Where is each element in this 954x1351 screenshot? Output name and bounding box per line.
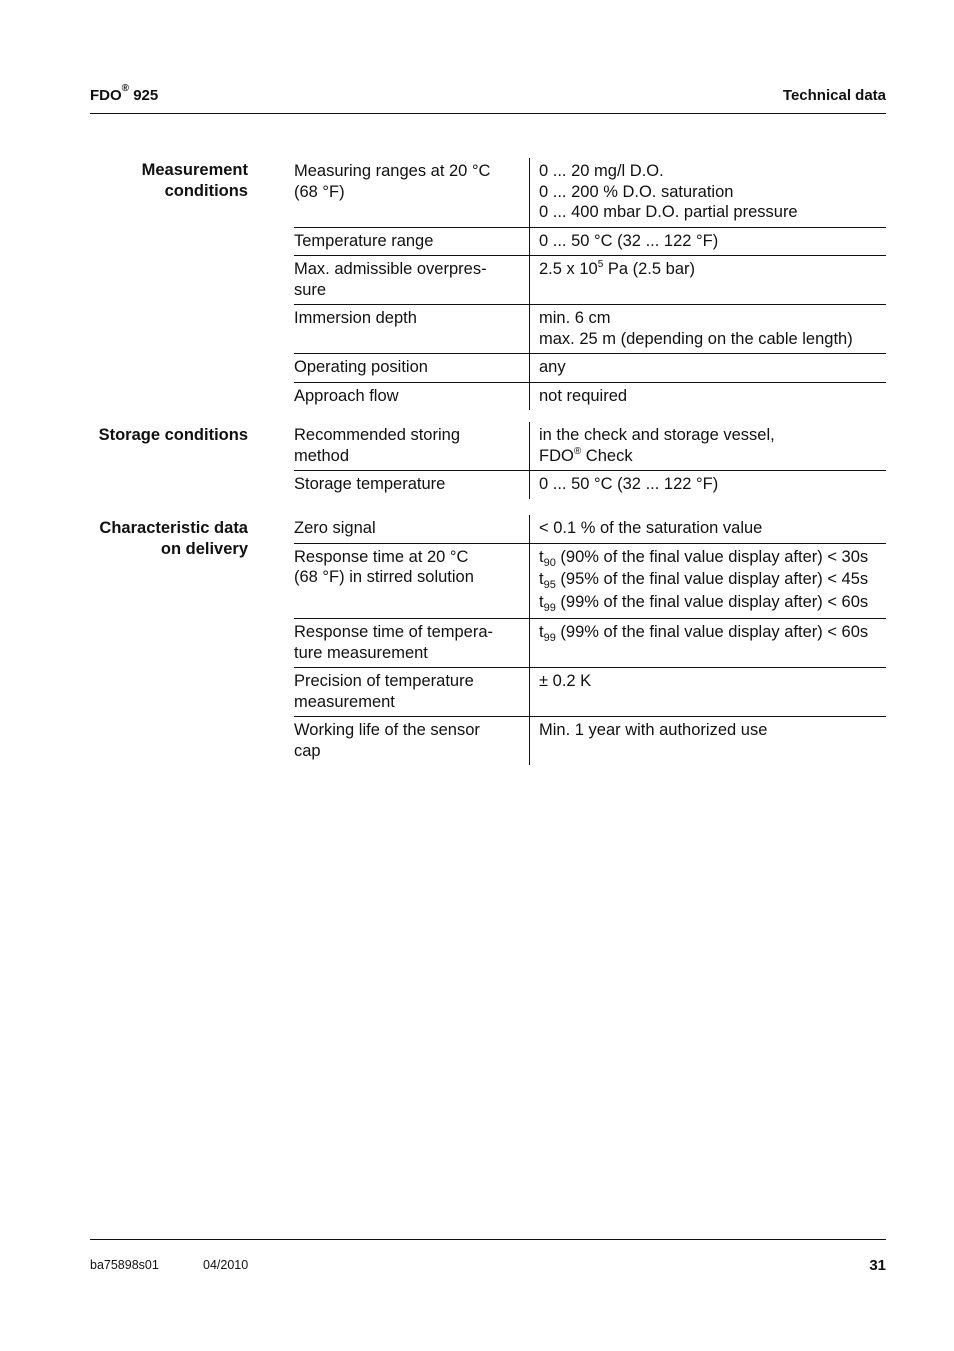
spec-value: 0 ... 50 °C (32 ... 122 °F) [530,227,887,256]
spec-value: min. 6 cm max. 25 m (depending on the ca… [530,305,887,354]
spec-key: Measuring ranges at 20 °C (68 °F) [294,158,530,227]
spec-key: Operating position [294,354,530,383]
table-row: Max. admissible overpres- sure 2.5 x 105… [294,256,886,305]
spec-key: Working life of the sensor cap [294,717,530,766]
product-name: FDO® 925 [90,87,158,104]
key-line: Recommended storing [294,425,521,446]
label-line: Measurement [90,160,248,181]
value-line: max. 25 m (depending on the cable length… [539,329,886,350]
spec-value: Min. 1 year with authorized use [530,717,887,766]
value-line: t99 (99% of the final value display afte… [539,592,886,615]
spec-value: not required [530,382,887,410]
table-row: Measuring ranges at 20 °C (68 °F) 0 ... … [294,158,886,227]
key-line: sure [294,280,521,301]
table-row: Approach flow not required [294,382,886,410]
t-symbol: t [539,593,544,611]
table-row: Response time at 20 °C (68 °F) in stirre… [294,543,886,619]
document-id: ba75898s01 [90,1258,159,1272]
label-line: conditions [90,181,248,202]
value-rest: Pa (2.5 bar) [603,260,695,278]
value-line: t99 (99% of the final value display afte… [539,622,886,645]
key-line: cap [294,741,521,762]
value-text: (90% of the final value display after) <… [556,548,868,566]
table-row: Recommended storing method in the check … [294,422,886,471]
table-row: Precision of temperature measurement ± 0… [294,668,886,717]
value-base: 2.5 x 10 [539,260,598,278]
spec-key: Response time at 20 °C (68 °F) in stirre… [294,543,530,619]
spec-value: ± 0.2 K [530,668,887,717]
table-row: Zero signal < 0.1 % of the saturation va… [294,515,886,543]
spec-table: Zero signal < 0.1 % of the saturation va… [294,515,886,765]
key-line: (68 °F) in stirred solution [294,567,521,588]
spec-value: in the check and storage vessel, FDO® Ch… [530,422,887,471]
value-text: (99% of the final value display after) <… [556,623,868,641]
spec-value: t90 (90% of the final value display afte… [530,543,887,619]
table-row: Temperature range 0 ... 50 °C (32 ... 12… [294,227,886,256]
table-row: Immersion depth min. 6 cm max. 25 m (dep… [294,305,886,354]
value-line: 0 ... 200 % D.O. saturation [539,182,886,203]
label-line: Characteristic data [90,518,248,539]
spec-value: t99 (99% of the final value display afte… [530,619,887,668]
key-line: Precision of temperature [294,671,521,692]
subscript: 90 [544,557,556,569]
key-line: (68 °F) [294,182,521,203]
t-symbol: t [539,623,544,641]
spec-key: Max. admissible overpres- sure [294,256,530,305]
spec-table: Measuring ranges at 20 °C (68 °F) 0 ... … [294,158,886,410]
t-symbol: t [539,548,544,566]
section-label: Storage conditions [90,425,248,446]
spec-value: 0 ... 20 mg/l D.O. 0 ... 200 % D.O. satu… [530,158,887,227]
value-line: min. 6 cm [539,308,886,329]
key-line: ture measurement [294,643,521,664]
table-row: Operating position any [294,354,886,383]
spec-key: Storage temperature [294,471,530,499]
spec-key: Zero signal [294,515,530,543]
page-header: FDO® 925 Technical data [90,85,886,114]
value-text: FDO [539,447,574,465]
key-line: Measuring ranges at 20 °C [294,161,521,182]
value-text: Check [581,447,632,465]
section-label: Measurement conditions [90,160,248,202]
product-text: FDO [90,87,122,104]
spec-key: Approach flow [294,382,530,410]
table-row: Response time of tempera- ture measureme… [294,619,886,668]
subscript: 99 [544,602,556,614]
key-line: method [294,446,521,467]
page-number: 31 [869,1257,886,1274]
value-text: (99% of the final value display after) <… [556,593,868,611]
key-line: Response time of tempera- [294,622,521,643]
subscript: 95 [544,579,556,591]
section-label: Characteristic data on delivery [90,518,248,560]
table-row: Working life of the sensor cap Min. 1 ye… [294,717,886,766]
value-exponent: 5 [598,259,604,270]
spec-value: 2.5 x 105 Pa (2.5 bar) [530,256,887,305]
spec-value: 0 ... 50 °C (32 ... 122 °F) [530,471,887,499]
key-line: Working life of the sensor [294,720,521,741]
value-line: 0 ... 20 mg/l D.O. [539,161,886,182]
t-symbol: t [539,570,544,588]
key-line: measurement [294,692,521,713]
chapter-title: Technical data [783,87,886,104]
value-line: t95 (95% of the final value display afte… [539,569,886,592]
document-date: 04/2010 [203,1258,248,1272]
subscript: 99 [544,632,556,644]
product-model: 925 [129,87,158,104]
spec-value: < 0.1 % of the saturation value [530,515,887,543]
spec-value: any [530,354,887,383]
label-line: on delivery [90,539,248,560]
value-text: (95% of the final value display after) <… [556,570,868,588]
page-footer: ba75898s01 04/2010 31 [90,1239,886,1240]
spec-key: Precision of temperature measurement [294,668,530,717]
spec-key: Recommended storing method [294,422,530,471]
registered-mark: ® [574,446,581,457]
table-row: Storage temperature 0 ... 50 °C (32 ... … [294,471,886,499]
spec-table: Recommended storing method in the check … [294,422,886,499]
value-line: 0 ... 400 mbar D.O. partial pressure [539,202,886,223]
spec-key: Response time of tempera- ture measureme… [294,619,530,668]
value-line: FDO® Check [539,446,886,467]
spec-key: Immersion depth [294,305,530,354]
value-line: t90 (90% of the final value display afte… [539,547,886,570]
key-line: Max. admissible overpres- [294,259,521,280]
registered-mark: ® [122,83,129,94]
key-line: Response time at 20 °C [294,547,521,568]
spec-key: Temperature range [294,227,530,256]
value-line: in the check and storage vessel, [539,425,886,446]
